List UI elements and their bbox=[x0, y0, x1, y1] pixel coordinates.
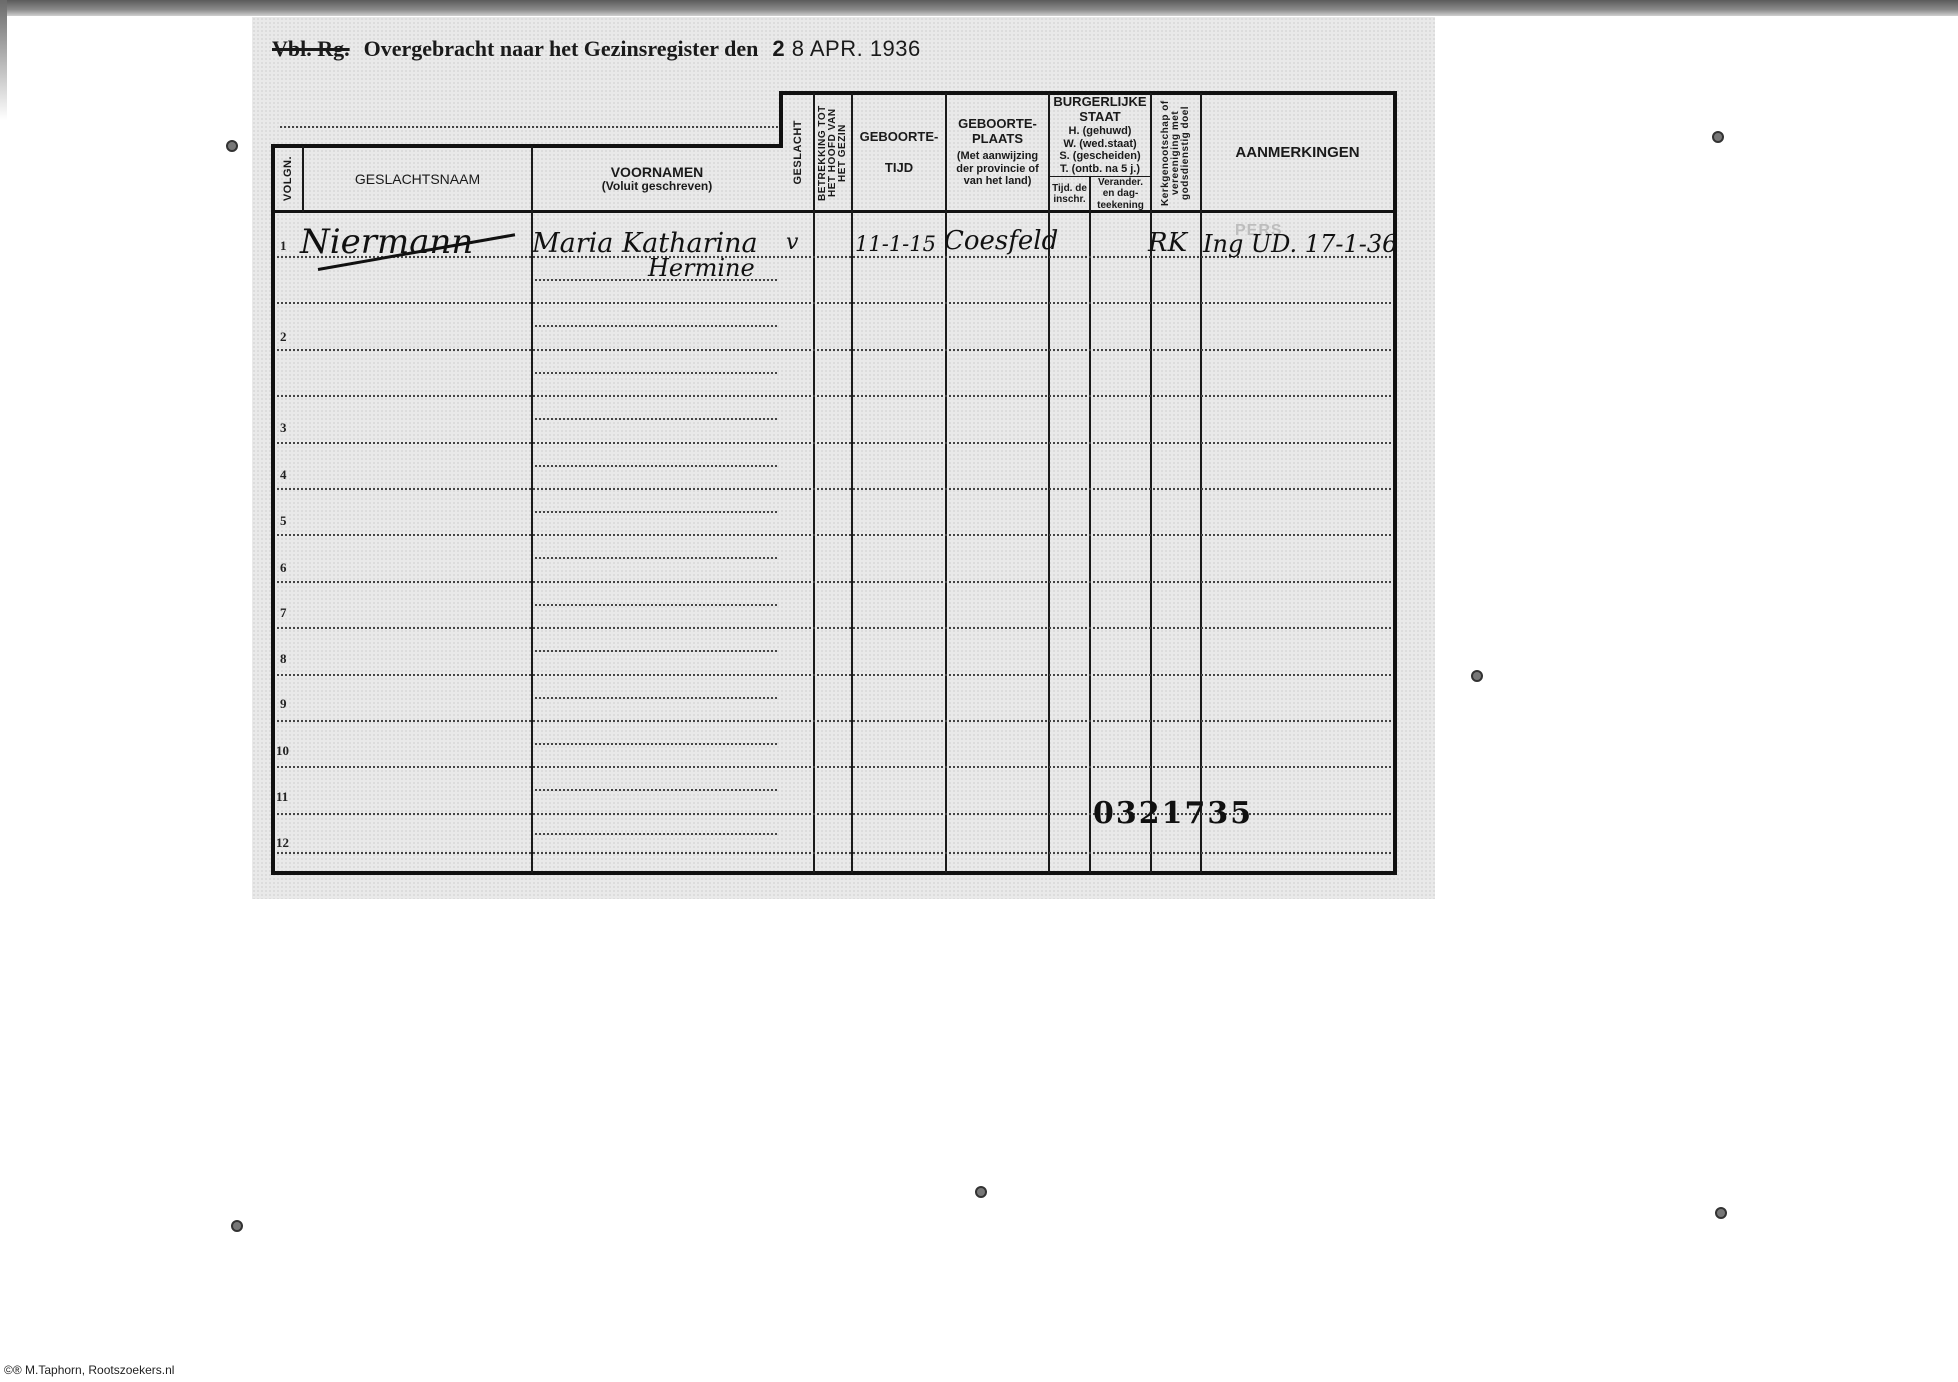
struck-register-label: Vbl. Rg. bbox=[272, 36, 350, 61]
row-number: 4 bbox=[280, 467, 287, 483]
religion-value: RK bbox=[1148, 228, 1187, 258]
row-number: 8 bbox=[280, 651, 287, 667]
column-divider bbox=[1089, 177, 1091, 873]
row-number: 10 bbox=[276, 743, 289, 759]
column-divider bbox=[851, 93, 853, 873]
header-tijd-inschr: Tijd. de inschr. bbox=[1050, 178, 1089, 210]
header-volgn: VOLGN. bbox=[275, 148, 302, 210]
registration-number: 0321735 bbox=[1093, 796, 1253, 831]
row-number: 12 bbox=[276, 835, 289, 851]
title-text: Overgebracht naar het Gezinsregister den bbox=[364, 36, 759, 61]
row-number: 7 bbox=[280, 605, 287, 621]
header-geboortetijd: GEBOORTE-TIJD bbox=[853, 95, 945, 210]
blank-line bbox=[280, 126, 778, 128]
remarks-value: Ing UD. 17-1-36 bbox=[1203, 230, 1397, 258]
column-divider bbox=[1200, 93, 1202, 873]
table-border bbox=[271, 144, 275, 874]
header-betrekking: BETREKKING TOT HET HOOFD VAN HET GEZIN bbox=[815, 95, 851, 210]
header-geslacht: GESLACHT bbox=[783, 95, 813, 210]
row-number: 6 bbox=[280, 560, 287, 576]
column-divider bbox=[945, 93, 947, 873]
punch-hole-icon bbox=[1712, 131, 1724, 143]
card-title: Vbl. Rg.Overgebracht naar het Gezinsregi… bbox=[272, 36, 921, 62]
scan-left-edge bbox=[0, 0, 7, 120]
birth-date-value: 11-1-15 bbox=[855, 232, 936, 256]
header-verander: Verander. en dag-teekening bbox=[1091, 178, 1150, 210]
header-aanmerkingen: AANMERKINGEN bbox=[1202, 95, 1393, 210]
row-number: 9 bbox=[280, 696, 287, 712]
sex-value: v bbox=[786, 230, 798, 255]
table-border bbox=[271, 871, 1397, 875]
column-divider bbox=[813, 93, 815, 873]
given-names-line2: Hermine bbox=[648, 254, 755, 282]
punch-hole-icon bbox=[226, 140, 238, 152]
copyright-credit: ©® M.Taphorn, Rootszoekers.nl bbox=[4, 1363, 174, 1377]
header-burgerlijke-staat: BURGERLIJKE STAAT H. (gehuwd) W. (wed.st… bbox=[1050, 95, 1150, 176]
column-divider bbox=[1150, 93, 1152, 873]
header-geboorteplaats: GEBOORTE-PLAATS(Met aanwijzing der provi… bbox=[947, 95, 1048, 210]
punch-hole-icon bbox=[231, 1220, 243, 1232]
header-kerkgenootschap: Kerkgenootschap of vereeniging met godsd… bbox=[1152, 95, 1200, 210]
row-number: 3 bbox=[280, 420, 287, 436]
row-number: 11 bbox=[276, 789, 288, 805]
scan-top-edge bbox=[0, 0, 1958, 16]
column-divider bbox=[1048, 93, 1050, 873]
birthplace-value: Coesfeld bbox=[944, 226, 1058, 256]
punch-hole-icon bbox=[975, 1186, 987, 1198]
header-voornamen: VOORNAMEN(Voluit geschreven) bbox=[533, 148, 781, 210]
row-number: 1 bbox=[280, 238, 287, 254]
header-geslachtsnaam: GESLACHTSNAAM bbox=[304, 148, 531, 210]
row-number: 2 bbox=[280, 329, 287, 345]
punch-hole-icon bbox=[1471, 670, 1483, 682]
table-border bbox=[1393, 91, 1397, 874]
punch-hole-icon bbox=[1715, 1207, 1727, 1219]
row-number: 5 bbox=[280, 513, 287, 529]
date-stamp: 2 8 APR. 1936 bbox=[772, 36, 920, 61]
header-divider bbox=[271, 210, 1397, 213]
